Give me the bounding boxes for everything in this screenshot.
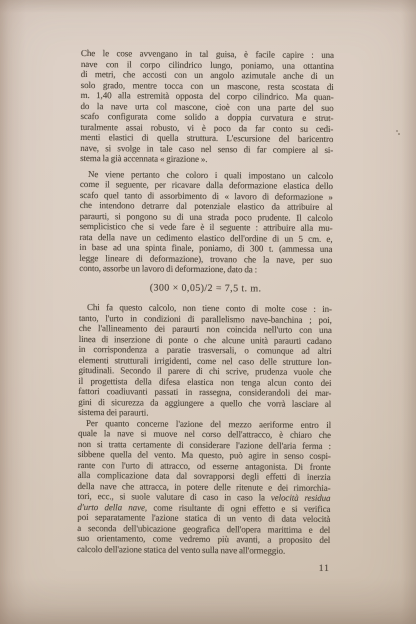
page-number: 11	[270, 563, 330, 573]
scanned-book-page: Che le cose avvengano in tal guisa, è fa…	[0, 0, 416, 624]
text-line: stema la già accennata « girazione ».	[80, 153, 333, 165]
paper-speck	[396, 130, 398, 132]
deformation-work-formula: (300 × 0,05)/2 = 7,5 t. m.	[79, 281, 332, 294]
text-line: calcolo dell'azione statica del vento su…	[77, 543, 330, 555]
text-line: conto, assorbe un lavoro di deformazione…	[79, 263, 332, 275]
page-text-column: Che le cose avvengano in tal guisa, è fa…	[77, 48, 334, 556]
paper-speck	[398, 133, 400, 135]
paragraph: Ne viene pertanto che coloro i quali imp…	[79, 168, 333, 275]
paragraph: Chi fa questo calcolo, non tiene conto d…	[78, 302, 332, 419]
paragraph: Per quanto concerne l'azione del mezzo a…	[77, 417, 331, 555]
paragraph: Che le cose avvengano in tal guisa, è fa…	[80, 48, 334, 165]
